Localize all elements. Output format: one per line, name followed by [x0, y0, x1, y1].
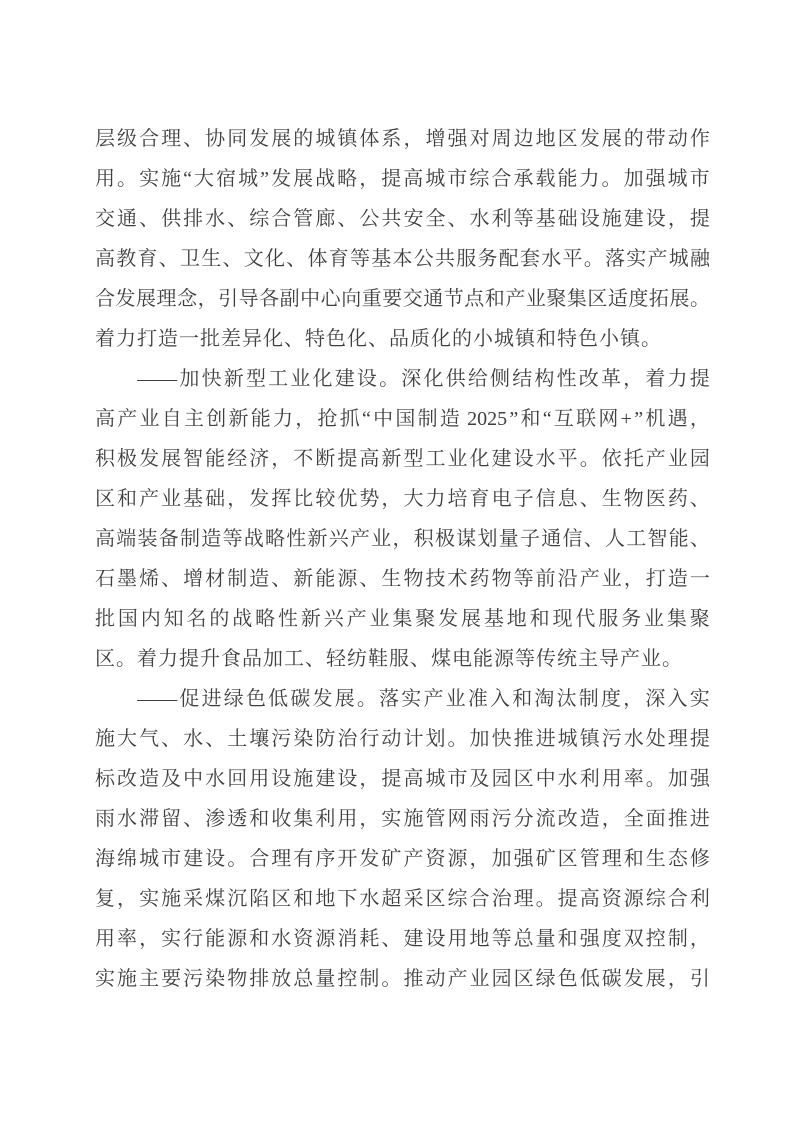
text-token: 不 [293, 439, 313, 479]
text-line: 复，实施采煤沉陷区和地下水超采区综合治理。提高资源综合利 [95, 879, 710, 919]
text-token: 自 [162, 399, 182, 439]
text-token: 新 [381, 439, 401, 479]
text-token: 医 [646, 479, 666, 519]
text-token: 国 [118, 599, 138, 639]
text-token: 性 [278, 599, 298, 639]
text-token: 防 [315, 719, 335, 759]
text-line: 施大气、水、土壤污染防治行动计划。加快推进城镇污水处理提 [95, 719, 710, 759]
text-token: 药 [470, 559, 490, 599]
text-token: 药 [668, 479, 688, 519]
text-token: 基 [536, 199, 556, 239]
text-token: 水 [558, 759, 578, 799]
text-token: 工 [268, 359, 288, 399]
text-token: 利 [492, 199, 512, 239]
text-token: ， [623, 679, 643, 719]
text-token: ， [359, 159, 379, 199]
text-token: 的 [209, 599, 229, 639]
text-token: 绵 [117, 839, 137, 879]
text-token: 总 [293, 959, 313, 999]
text-token: 制 [359, 959, 379, 999]
text-token: 业 [371, 519, 391, 559]
text-token: 、 [580, 479, 600, 519]
text-token: 共 [435, 239, 455, 279]
text-token: 育 [329, 239, 349, 279]
text-token: ， [198, 279, 218, 319]
text-token: 污 [492, 799, 512, 839]
text-token: 建 [315, 759, 335, 799]
text-token: 矿 [536, 839, 556, 879]
text-token: 造 [668, 559, 688, 599]
text-token: 、 [223, 239, 243, 279]
text-token: 遇 [668, 399, 688, 439]
text-token: ， [624, 559, 644, 599]
text-token: 产 [580, 559, 600, 599]
text-token: 流 [536, 799, 556, 839]
text-token: 用 [602, 759, 622, 799]
text-token: 物 [624, 479, 644, 519]
text-token: 各 [259, 279, 279, 319]
text-line: 高产业自主创新能力，抢抓“中国制造 2025”和“互联网+”机遇， [95, 399, 710, 439]
text-token: 配 [499, 239, 519, 279]
text-token: 水 [470, 199, 490, 239]
text-token: 极 [435, 519, 455, 559]
text-token: 兴 [329, 519, 349, 559]
text-token: 性 [286, 519, 306, 559]
text-token: 实 [381, 799, 401, 839]
text-line: 用率，实行能源和水资源消耗、建设用地等总量和强度双控制， [95, 919, 710, 959]
text-token: 色 [558, 959, 578, 999]
text-token: 合 [668, 879, 688, 919]
text-token: 源 [448, 839, 468, 879]
text-token: 、 [690, 479, 710, 519]
text-token: 新 [308, 519, 328, 559]
text-token: 区 [514, 959, 534, 999]
text-token: 略 [337, 159, 357, 199]
text-token: 面 [646, 799, 666, 839]
text-token: 量 [499, 519, 519, 559]
text-token: 强 [646, 159, 666, 199]
text-token: 互 [554, 399, 574, 439]
text-token: 力 [668, 359, 688, 399]
text-token: 绿 [536, 959, 556, 999]
text-token: 采 [183, 879, 203, 919]
text-token: 改 [579, 359, 599, 399]
text-token: 业 [140, 399, 160, 439]
text-token: 。 [381, 959, 401, 999]
text-token: 市 [690, 159, 710, 199]
text-token: 大 [403, 479, 423, 519]
text-token: 和 [485, 279, 505, 319]
text-token: 工 [626, 519, 646, 559]
text-token: 人 [605, 519, 625, 559]
text-token: 复 [95, 879, 115, 919]
text-token: 级 [117, 119, 137, 159]
text-token: 综 [646, 879, 666, 919]
text-token: 。 [646, 759, 666, 799]
text-token: 服 [456, 239, 476, 279]
text-token: 、 [161, 559, 181, 599]
text-token: 设 [357, 359, 377, 399]
text-token: 产 [448, 959, 468, 999]
text-line: 海绵城市建设。合理有序开发矿产资源，加强矿区管理和生态修 [95, 839, 710, 879]
text-token: 墨 [117, 559, 137, 599]
text-token: 前 [536, 559, 556, 599]
text-token: 理 [668, 719, 688, 759]
text-token: 术 [448, 559, 468, 599]
text-token: 制 [227, 559, 247, 599]
text-token: 积 [414, 519, 434, 559]
text-token: 集 [567, 279, 587, 319]
text-token: —— [137, 359, 177, 399]
text-token: 管 [580, 839, 600, 879]
text-token: 供 [446, 359, 466, 399]
text-token: 设 [514, 439, 534, 479]
text-token: 务 [621, 599, 641, 639]
text-token: 提 [690, 199, 710, 239]
text-token: 水 [205, 199, 225, 239]
text-token: 收 [271, 799, 291, 839]
text-token: 给 [468, 359, 488, 399]
text-token: 和 [249, 919, 269, 959]
text-token: 培 [448, 479, 468, 519]
text-token: 提 [690, 359, 710, 399]
text-token: 沉 [227, 879, 247, 919]
text-token: 综 [469, 159, 489, 199]
text-token: 制 [418, 399, 438, 439]
text-line: 实施主要污染物排放总量控制。推动产业园区绿色低碳发展，引 [95, 959, 710, 999]
text-token: 信 [536, 479, 556, 519]
text-token: 推 [668, 799, 688, 839]
text-token: 制 [579, 679, 599, 719]
text-token: 加 [492, 839, 512, 879]
text-token: 施 [403, 799, 423, 839]
text-token: 改 [117, 759, 137, 799]
text-token: 合 [95, 279, 115, 319]
text-token: 建 [624, 199, 644, 239]
text-token: 镇 [580, 719, 600, 759]
text-token: 要 [382, 279, 402, 319]
text-token: 建 [403, 919, 423, 959]
text-token: 拓 [649, 279, 669, 319]
text-token: 网 [598, 399, 618, 439]
text-token: 战 [244, 519, 264, 559]
text-token: 雨 [470, 799, 490, 839]
text-token: 、 [286, 239, 306, 279]
text-token: 比 [293, 479, 313, 519]
text-token: 济 [249, 439, 269, 479]
text-token: 务 [478, 239, 498, 279]
text-token: 共 [381, 199, 401, 239]
text-token: 产 [505, 279, 525, 319]
text-token: 污 [183, 959, 203, 999]
text-token: 发 [139, 439, 159, 479]
text-line: 批国内知名的战略性新兴产业集聚发展基地和现代服务业集聚 [95, 599, 710, 639]
text-token: 、 [183, 119, 203, 159]
text-token: 资 [602, 879, 622, 919]
text-token: 治 [492, 879, 512, 919]
text-token: 体 [308, 239, 328, 279]
text-token: 点 [464, 279, 484, 319]
text-token: 结 [512, 359, 532, 399]
text-token: 、 [448, 199, 468, 239]
text-token: 标 [95, 759, 115, 799]
text-token: 双 [624, 919, 644, 959]
text-token: 量 [536, 919, 556, 959]
text-token: ， [668, 959, 688, 999]
text-token: 入 [490, 679, 510, 719]
text-token: 超 [381, 879, 401, 919]
text-token: 提 [558, 879, 578, 919]
text-token: 设 [580, 199, 600, 239]
text-token: 重 [362, 279, 382, 319]
text-token: “ [543, 399, 552, 439]
text-token: 合 [470, 879, 490, 919]
text-token: 础 [558, 199, 578, 239]
text-token: 入 [668, 679, 688, 719]
text-token: 、 [183, 799, 203, 839]
text-token: 服 [598, 599, 618, 639]
text-token: 产 [646, 439, 666, 479]
text-token: 提 [381, 159, 401, 199]
text-token: 透 [227, 799, 247, 839]
text-token: 水 [541, 239, 561, 279]
text-token: ， [227, 479, 247, 519]
text-token: 提 [337, 439, 357, 479]
text-token: 源 [624, 879, 644, 919]
text-token: 排 [183, 199, 203, 239]
text-token: 智 [648, 519, 668, 559]
text-token: 等 [514, 559, 534, 599]
text-token: 理 [161, 119, 181, 159]
text-token: 发 [249, 119, 269, 159]
text-token: 实 [139, 879, 159, 919]
text-token: 水 [536, 439, 556, 479]
text-token: 展 [646, 959, 666, 999]
text-token: 城 [238, 159, 258, 199]
text-token: 合 [271, 199, 291, 239]
text-token: 综 [448, 879, 468, 919]
text-token: 育 [138, 239, 158, 279]
text-token: 型 [403, 439, 423, 479]
text-token: 和 [512, 679, 532, 719]
text-token: 矿 [381, 839, 401, 879]
text-token: 的 [624, 119, 644, 159]
text-token: 用 [95, 919, 115, 959]
text-line: 区。着力提升食品加工、轻纺鞋服、煤电能源等传统主导产业。 [95, 639, 710, 679]
text-token: 业 [370, 599, 390, 639]
text-token: 水 [271, 919, 291, 959]
text-token: 建 [492, 439, 512, 479]
text-token: 业 [470, 959, 490, 999]
text-token: 园 [690, 439, 710, 479]
text-token: 展 [271, 119, 291, 159]
text-token: 物 [403, 559, 423, 599]
text-token: 能 [315, 559, 335, 599]
text-token: 高 [359, 439, 379, 479]
text-token: 实 [161, 919, 181, 959]
text-token: 展 [293, 159, 313, 199]
text-token: 适 [608, 279, 628, 319]
text-token: 高 [403, 759, 423, 799]
text-token: 协 [205, 119, 225, 159]
text-token: 套 [520, 239, 540, 279]
text-token: 机 [645, 399, 665, 439]
text-token: 管 [293, 199, 313, 239]
text-token: 合 [139, 119, 159, 159]
text-token: 创 [206, 399, 226, 439]
text-token: 名 [187, 599, 207, 639]
text-token: 展 [669, 279, 689, 319]
text-token: 承 [513, 159, 533, 199]
text-token: 中 [373, 399, 393, 439]
text-token: 序 [315, 839, 335, 879]
text-token: 造 [201, 519, 221, 559]
text-token: 发 [249, 479, 269, 519]
text-token: ， [623, 359, 643, 399]
text-token: 。 [448, 719, 468, 759]
text-token: 公 [359, 199, 379, 239]
text-token: 区 [558, 839, 578, 879]
text-token: 、 [337, 199, 357, 239]
text-token: 实 [690, 679, 710, 719]
text-token: 回 [227, 759, 247, 799]
text-token: 率 [624, 759, 644, 799]
text-token: 合 [249, 839, 269, 879]
text-token: 作 [690, 119, 710, 159]
text-token: 工 [425, 439, 445, 479]
text-token: 污 [602, 719, 622, 759]
text-token: 经 [227, 439, 247, 479]
text-token: 2025 [462, 399, 507, 439]
text-token: 现 [553, 599, 573, 639]
text-token: 通 [117, 199, 137, 239]
text-token: 用 [95, 159, 115, 199]
text-token: 源 [227, 919, 247, 959]
text-token: 城 [425, 759, 445, 799]
text-token: 染 [293, 719, 313, 759]
text-token: 知 [164, 599, 184, 639]
text-token: 同 [227, 119, 247, 159]
text-token: 高 [95, 399, 115, 439]
text-token: 联 [576, 399, 596, 439]
text-token: 消 [337, 919, 357, 959]
text-token: 准 [468, 679, 488, 719]
text-token: 行 [359, 719, 379, 759]
text-token: ， [117, 879, 137, 919]
text-token: 通 [423, 279, 443, 319]
text-token: 施 [602, 199, 622, 239]
text-token: 市 [447, 159, 467, 199]
text-token: 材 [205, 559, 225, 599]
text-token: 提 [381, 759, 401, 799]
text-token: 土 [227, 719, 247, 759]
text-token: 海 [95, 839, 115, 879]
text-token: 色 [246, 679, 266, 719]
text-token: 平 [563, 239, 583, 279]
text-token: 物 [227, 959, 247, 999]
text-token: 信 [563, 519, 583, 559]
text-token: 供 [161, 199, 181, 239]
text-token: 着 [645, 359, 665, 399]
text-token: ， [139, 919, 159, 959]
text-line: 高端装备制造等战略性新兴产业，积极谋划量子通信、人工智能、 [95, 519, 710, 559]
text-token: 城 [669, 239, 689, 279]
text-token: 教 [116, 239, 136, 279]
text-token: 区 [425, 879, 445, 919]
text-token: 业 [161, 479, 181, 519]
text-token: 水 [205, 759, 225, 799]
text-token: 集 [667, 599, 687, 639]
text-token: 基 [484, 599, 504, 639]
text-token: 设 [205, 839, 225, 879]
text-token: 造 [249, 559, 269, 599]
text-token: ， [602, 799, 622, 839]
text-token: 对 [470, 119, 490, 159]
text-token: 装 [138, 519, 158, 559]
text-token: 通 [541, 519, 561, 559]
text-token: 展 [602, 119, 622, 159]
text-token: 区 [587, 279, 607, 319]
text-token: 总 [514, 919, 534, 959]
text-token: 水 [183, 719, 203, 759]
text-token: 用 [249, 759, 269, 799]
text-token: 产 [347, 599, 367, 639]
text-token: 化 [313, 359, 333, 399]
text-token: 加 [624, 159, 644, 199]
text-token: 加 [668, 759, 688, 799]
text-token: 中 [183, 759, 203, 799]
text-token: 节 [444, 279, 464, 319]
text-token: 产 [423, 679, 443, 719]
text-token: 煤 [205, 879, 225, 919]
text-token: 主 [139, 959, 159, 999]
text-token: 施 [293, 759, 313, 799]
text-token: 实 [95, 959, 115, 999]
text-token: 副 [280, 279, 300, 319]
text-token: 市 [448, 759, 468, 799]
text-token: 实 [139, 159, 159, 199]
text-token: 合 [491, 159, 511, 199]
text-token: 等 [223, 519, 243, 559]
text-token: 渗 [205, 799, 225, 839]
text-token: 和 [249, 799, 269, 839]
text-token: ” [509, 399, 518, 439]
text-token: 产 [648, 239, 668, 279]
text-token: 子 [514, 479, 534, 519]
text-token: 新 [301, 599, 321, 639]
text-token: 度 [602, 919, 622, 959]
text-token: 排 [249, 959, 269, 999]
text-token: 开 [337, 839, 357, 879]
text-token: 利 [315, 799, 335, 839]
text-token: 边 [514, 119, 534, 159]
text-token: 廊 [315, 199, 335, 239]
text-token: 区 [558, 119, 578, 159]
text-token: 园 [492, 759, 512, 799]
text-token: 依 [602, 439, 622, 479]
text-token: 公 [414, 239, 434, 279]
text-token: 源 [337, 559, 357, 599]
text-token: 壤 [249, 719, 269, 759]
text-token: 造 [139, 759, 159, 799]
text-token: 力 [580, 159, 600, 199]
text-token: ， [295, 399, 315, 439]
text-token: 安 [403, 199, 423, 239]
text-token: 。 [227, 839, 247, 879]
text-token: 污 [271, 719, 291, 759]
text-token: 念 [177, 279, 197, 319]
text-token: 子 [520, 519, 540, 559]
